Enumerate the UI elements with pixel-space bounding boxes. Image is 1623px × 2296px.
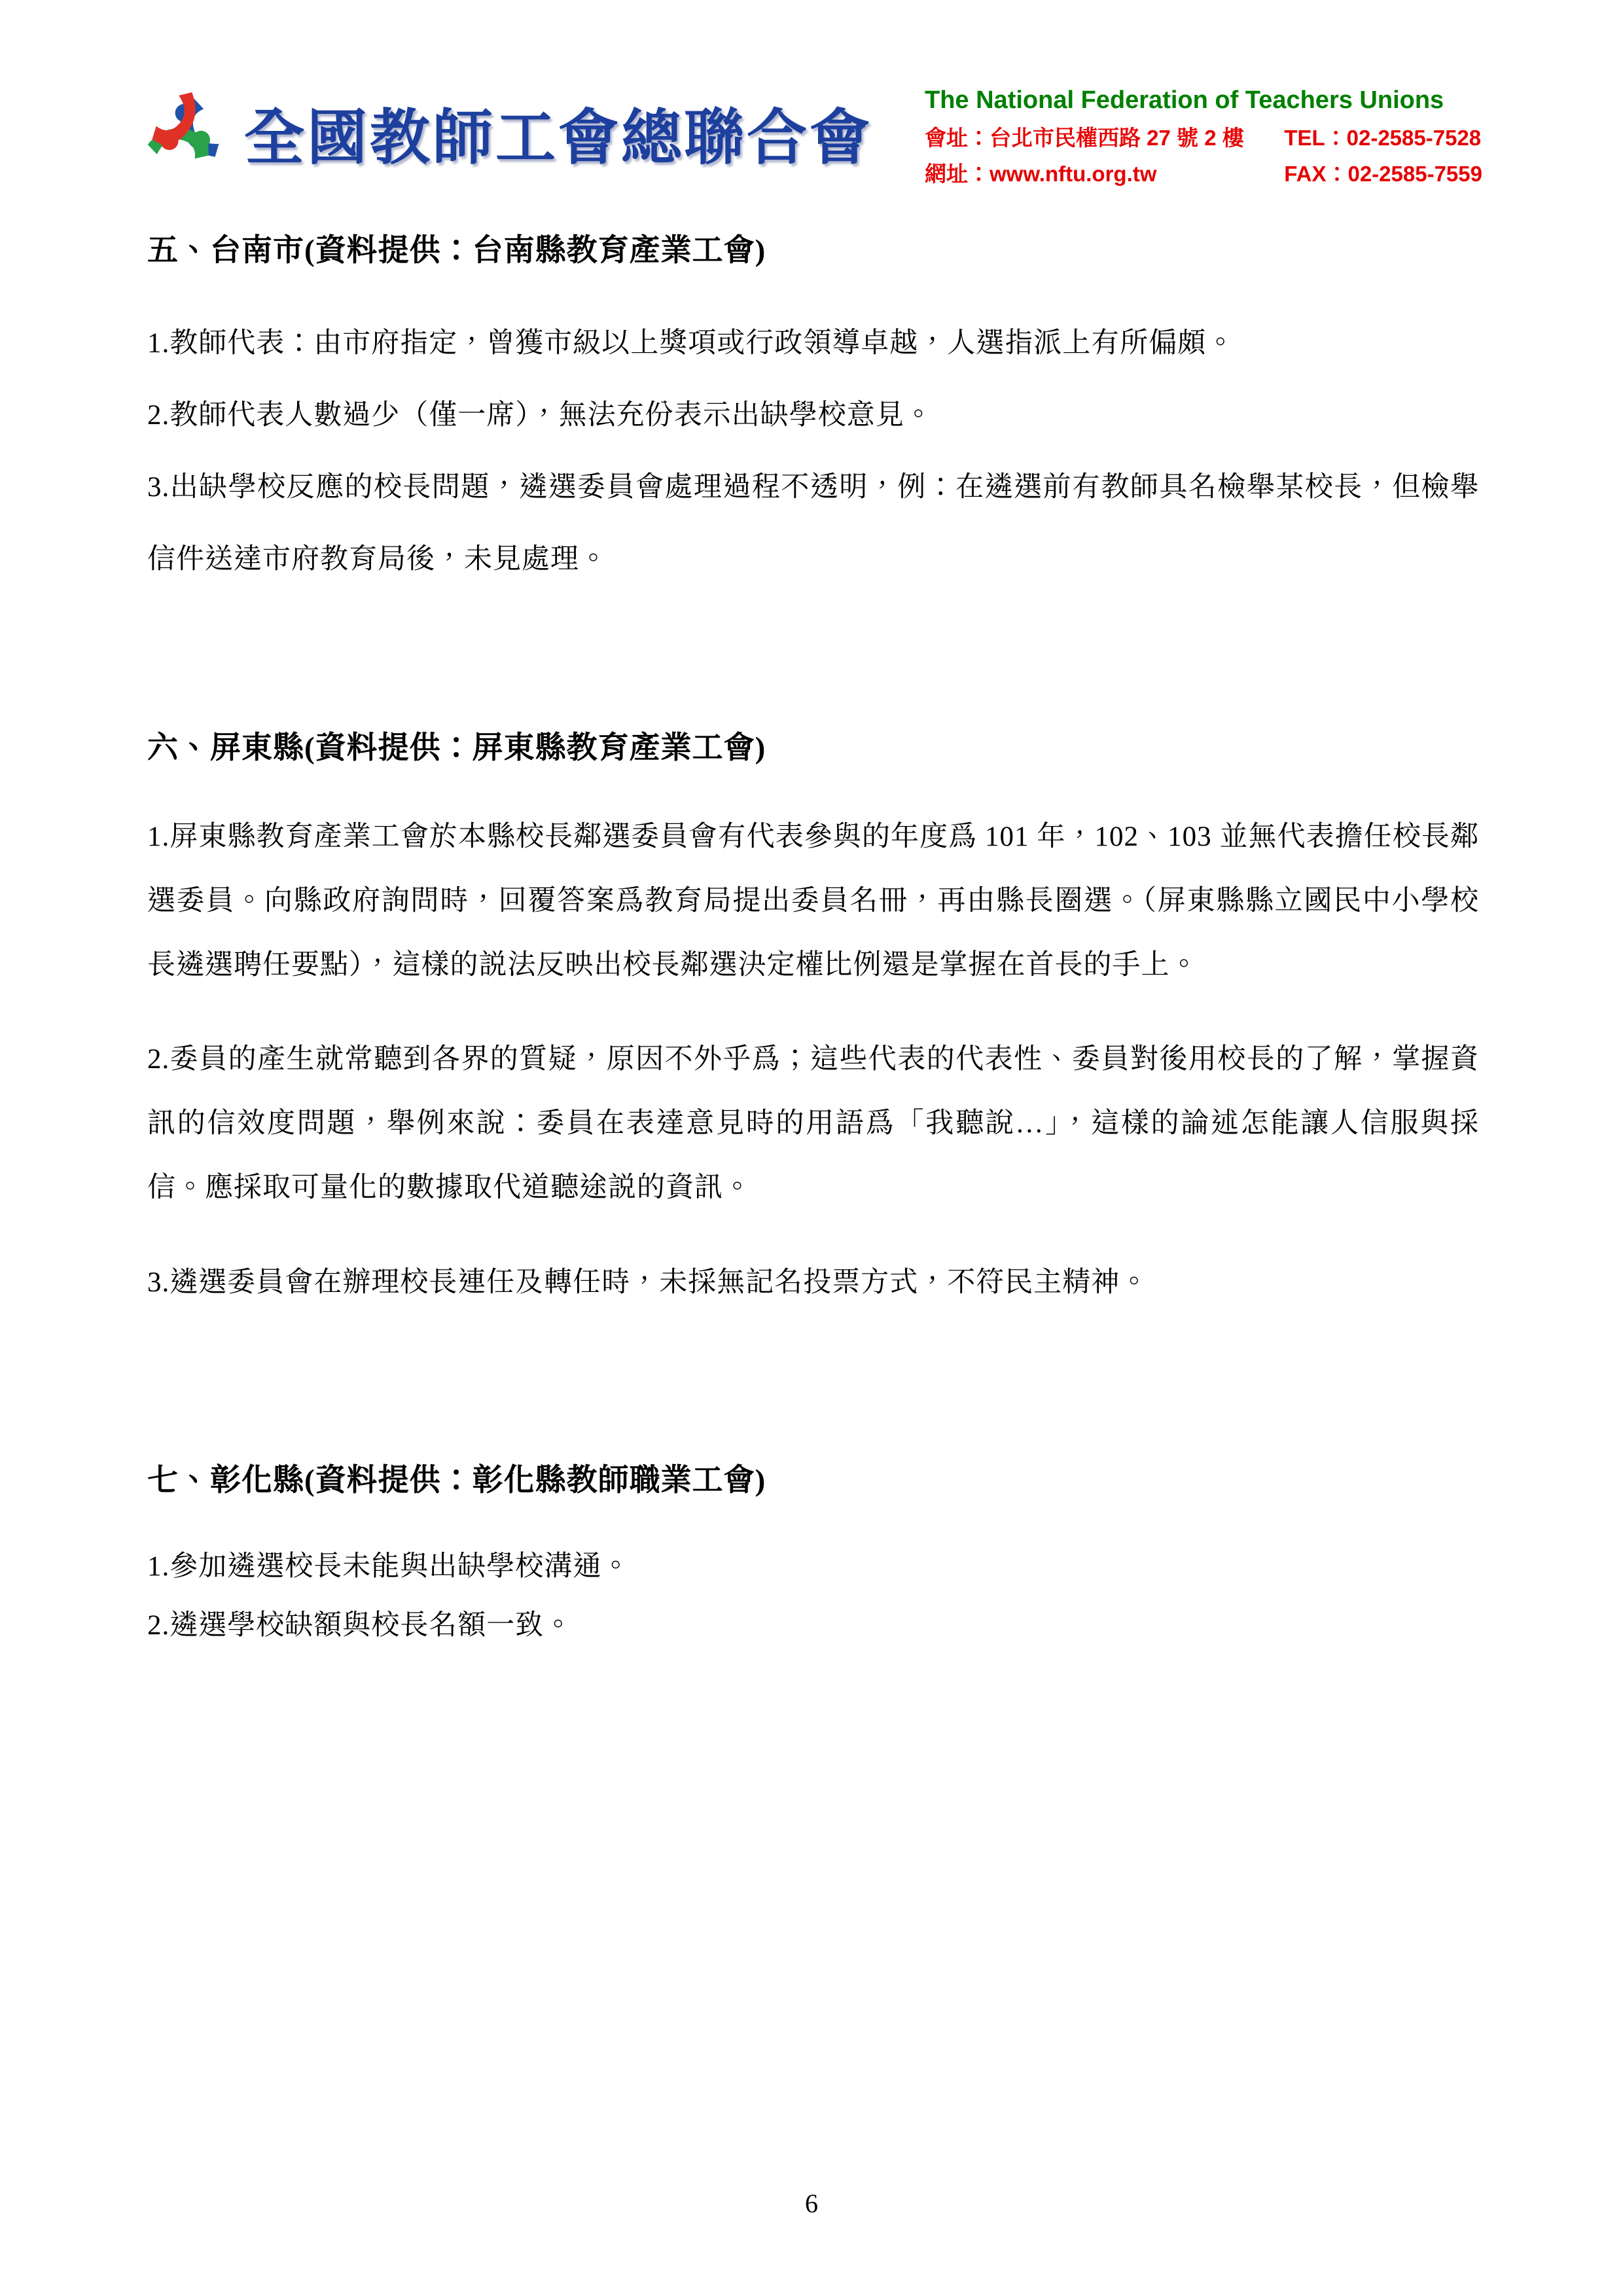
organization-name-zh: 全國教師工會總聯合會 [244, 90, 872, 176]
tainan-item-3: 3.出缺學校反應的校長問題，遴選委員會處理過程不透明，例：在遴選前有教師具名檢舉… [147, 452, 1479, 596]
nftu-logo-icon [134, 77, 232, 188]
section-tainan: 五、台南市(資料提供：台南縣教育產業工會) 1.教師代表：由市府指定，曾獲市級以… [147, 226, 1479, 596]
page-header: 全國教師工會總聯合會 The National Federation of Te… [134, 77, 1482, 188]
address-line: 會址：台北市民權西路 27 號 2 樓 [925, 121, 1258, 152]
changhua-item-1: 1.參加遴選校長未能與出缺學校溝通。 [147, 1537, 1479, 1596]
contact-grid: 會址：台北市民權西路 27 號 2 樓 TEL：02-2585-7528 網址：… [925, 121, 1482, 188]
pingtung-item-3: 3.遴選委員會在辦理校長連任及轉任時，未採無記名投票方式，不符民主精神。 [147, 1251, 1479, 1315]
changhua-item-2: 2.遴選學校缺額與校長名額一致。 [147, 1596, 1479, 1655]
tainan-item-1: 1.教師代表：由市府指定，曾獲市級以上獎項或行政領導卓越，人選指派上有所偏頗。 [147, 308, 1479, 380]
page-number: 6 [0, 2188, 1623, 2219]
header-contact-block: The National Federation of Teachers Unio… [925, 77, 1482, 188]
section-heading-tainan: 五、台南市(資料提供：台南縣教育產業工會) [147, 226, 1479, 270]
pingtung-item-1: 1.屏東縣教育產業工會於本縣校長鄰選委員會有代表參與的年度爲 101 年，102… [147, 805, 1479, 997]
website-line[interactable]: 網址：www.nftu.org.tw [925, 157, 1258, 188]
organization-logo: 全國教師工會總聯合會 [134, 77, 872, 188]
section-heading-pingtung: 六、屏東縣(資料提供：屏東縣教育產業工會) [147, 723, 1479, 767]
fax-line: FAX：02-2585-7559 [1284, 157, 1482, 188]
organization-name-en: The National Federation of Teachers Unio… [925, 86, 1482, 115]
pingtung-item-2: 2.委員的產生就常聽到各界的質疑，原因不外乎爲；這些代表的代表性、委員對後用校長… [147, 1028, 1479, 1220]
section-heading-changhua: 七、彰化縣(資料提供：彰化縣教師職業工會) [147, 1456, 1479, 1499]
tel-line: TEL：02-2585-7528 [1284, 121, 1482, 152]
tainan-item-2: 2.教師代表人數過少（僅一席），無法充份表示出缺學校意見。 [147, 380, 1479, 452]
section-pingtung: 六、屏東縣(資料提供：屏東縣教育產業工會) 1.屏東縣教育產業工會於本縣校長鄰選… [147, 723, 1479, 1314]
document-body: 五、台南市(資料提供：台南縣教育產業工會) 1.教師代表：由市府指定，曾獲市級以… [147, 226, 1479, 1655]
document-page: 全國教師工會總聯合會 The National Federation of Te… [0, 0, 1623, 2296]
section-changhua: 七、彰化縣(資料提供：彰化縣教師職業工會) 1.參加遴選校長未能與出缺學校溝通。… [147, 1456, 1479, 1656]
